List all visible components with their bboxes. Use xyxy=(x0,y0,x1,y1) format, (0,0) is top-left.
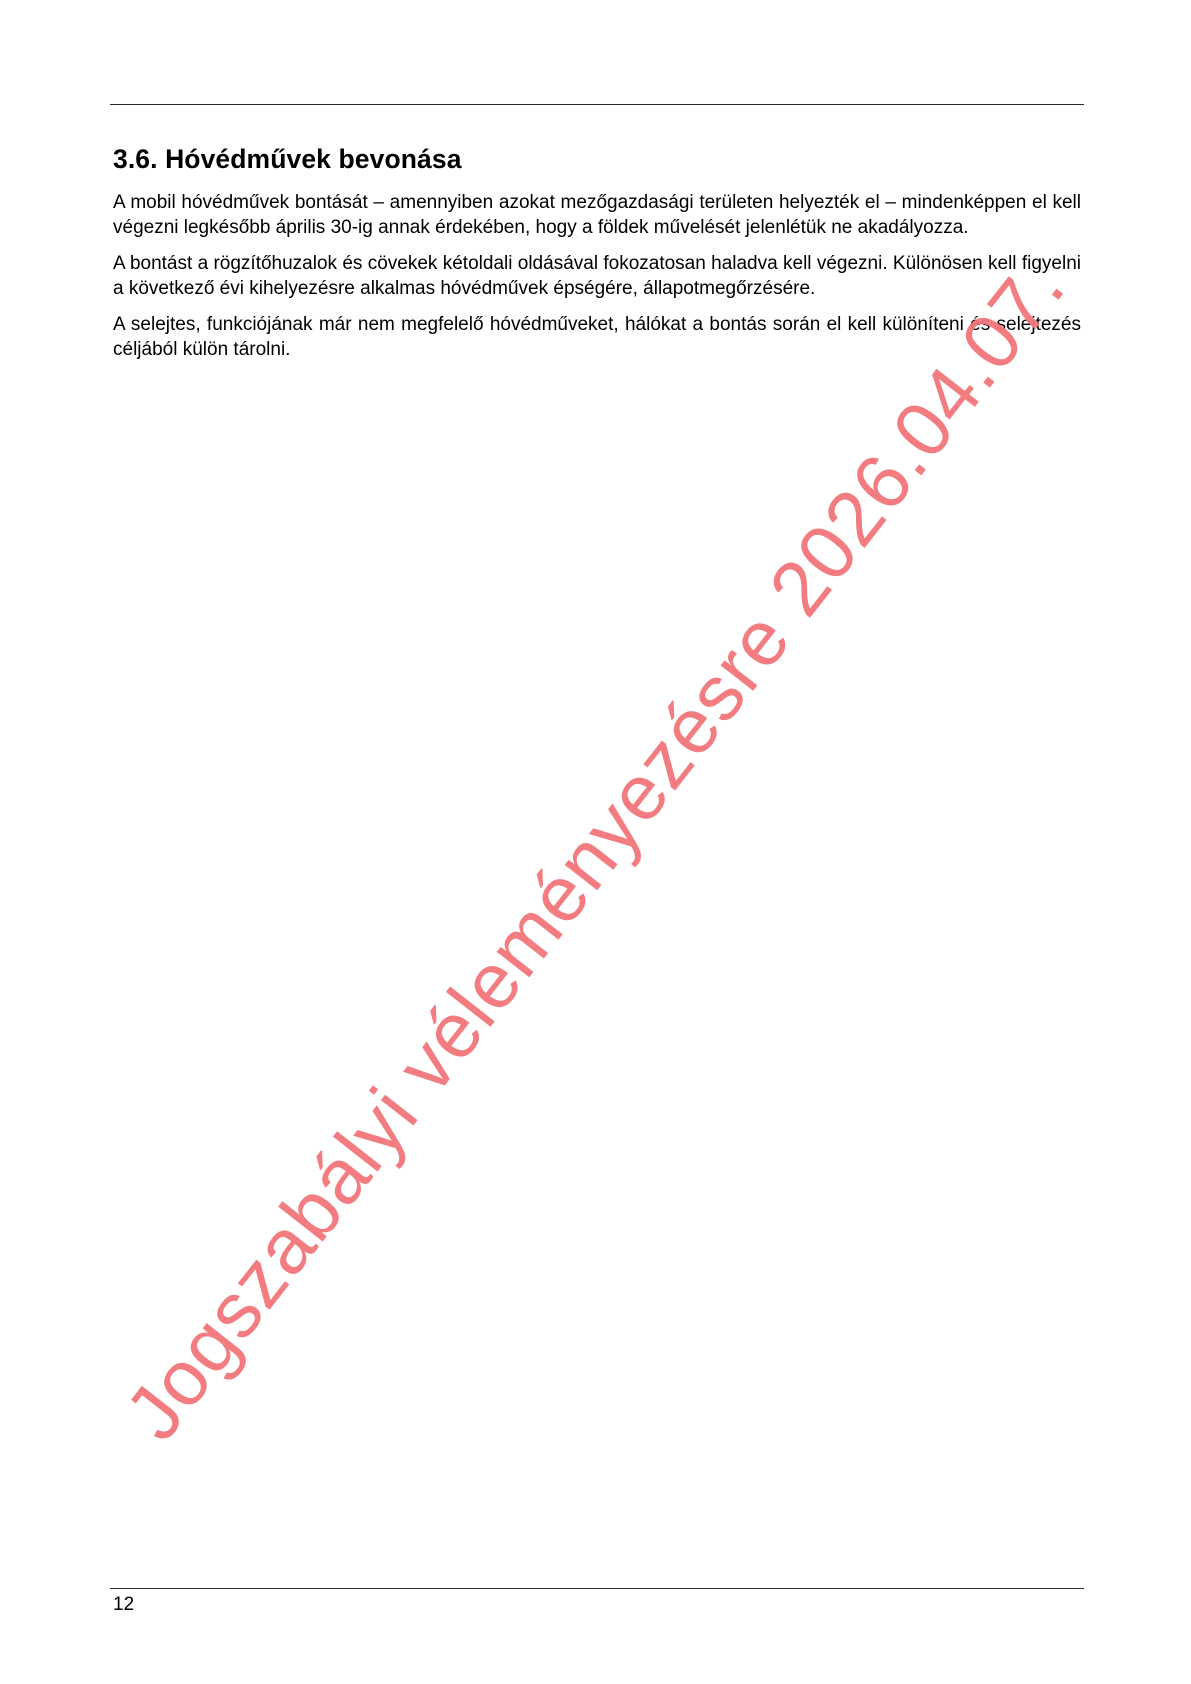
paragraph-3: A selejtes, funkciójának már nem megfele… xyxy=(113,312,1081,362)
header-rule xyxy=(110,104,1084,105)
page-content: 3.6. Hóvédművek bevonása A mobil hóvédmű… xyxy=(113,142,1081,373)
paragraph-2: A bontást a rögzítőhuzalok és cövekek ké… xyxy=(113,251,1081,301)
watermark: Jogszabályi véleményezésre 2026.04.07. xyxy=(107,243,1083,1457)
page-number: 12 xyxy=(113,1592,134,1617)
section-heading: 3.6. Hóvédművek bevonása xyxy=(113,142,1081,176)
footer-rule xyxy=(110,1588,1084,1589)
paragraph-1: A mobil hóvédművek bontását – amennyiben… xyxy=(113,190,1081,240)
